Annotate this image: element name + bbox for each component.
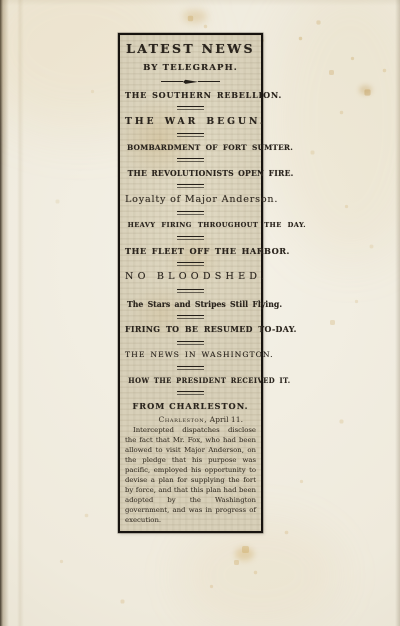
headline-president-received-it: HOW THE PRESIDENT RECEIVED IT.	[128, 377, 252, 384]
report-body-text: Intercepted dispatches disclose the fact…	[125, 426, 256, 525]
headline-stars-and-stripes: The Stars and Stripes Still Flying.	[127, 300, 254, 308]
headline-divider	[177, 289, 204, 293]
masthead-title: LATEST NEWS	[126, 41, 255, 56]
headline-loyalty-major-anderson: Loyalty of Major Anderson.	[125, 195, 256, 205]
page-stain	[180, 520, 340, 626]
headline-divider	[177, 158, 204, 162]
headline-revolutionists-open-fire: THE REVOLUTIONISTS OPEN FIRE.	[128, 169, 254, 177]
foxing-spots	[0, 0, 1, 1]
headline-divider	[177, 133, 204, 137]
headline-divider	[177, 184, 204, 188]
newspaper-clipping: LATEST NEWS BY TELEGRAPH. THE SOUTHERN R…	[118, 33, 263, 533]
headline-divider	[177, 262, 204, 266]
headline-divider	[177, 211, 204, 215]
headline-divider	[177, 236, 204, 240]
headline-firing-resumed: FIRING TO BE RESUMED TO-DAY.	[125, 326, 256, 334]
report-heading: FROM CHARLESTON.	[125, 401, 256, 411]
headline-news-in-washington: THE NEWS IN WASHINGTON.	[125, 351, 256, 359]
headline-divider	[177, 106, 204, 110]
clipping-column: LATEST NEWS BY TELEGRAPH. THE SOUTHERN R…	[120, 35, 261, 531]
diamond-rule-ornament-icon	[161, 79, 220, 84]
dateline: Charleston, April 11.	[125, 415, 256, 424]
headline-no-bloodshed: NO BLOODSHED.	[125, 272, 256, 282]
dateline-date: April 11.	[207, 415, 243, 424]
charleston-report: FROM CHARLESTON. Charleston, April 11. I…	[125, 401, 256, 525]
book-page: LATEST NEWS BY TELEGRAPH. THE SOUTHERN R…	[0, 0, 400, 626]
headline-divider	[177, 315, 204, 319]
headline-fleet-off-harbor: THE FLEET OFF THE HARBOR.	[125, 247, 256, 256]
headline-heavy-firing: HEAVY FIRING THROUGHOUT THE DAY.	[128, 222, 254, 229]
foxing-blob	[235, 547, 254, 561]
headline-divider	[177, 366, 204, 370]
headline-divider	[177, 391, 204, 395]
masthead-subtitle: BY TELEGRAPH.	[143, 63, 238, 73]
headline-southern-rebellion: THE SOUTHERN REBELLION.	[125, 91, 256, 99]
headline-divider	[177, 341, 204, 345]
foxing-blob	[359, 85, 372, 95]
headline-bombardment-fort-sumter: BOMBARDMENT OF FORT SUMTER.	[127, 144, 254, 152]
headline-war-begun: THE WAR BEGUN.	[125, 117, 256, 127]
dateline-place: Charleston,	[158, 415, 207, 424]
foxing-blob	[183, 10, 207, 23]
